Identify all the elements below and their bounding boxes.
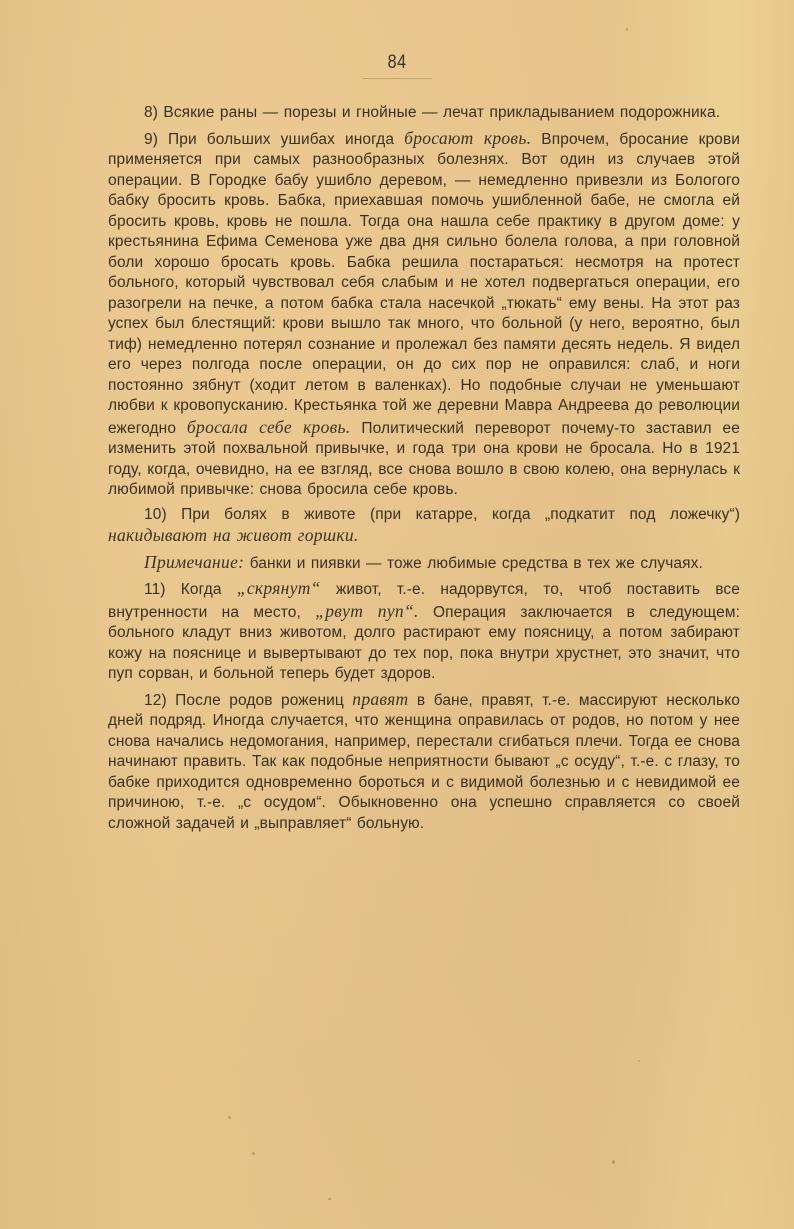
- text-run: 10) При болях в животе (при катарре, ког…: [144, 506, 740, 523]
- italic-emphasis: бросают кровь.: [404, 128, 531, 148]
- paper-speck: [605, 718, 607, 720]
- text-run: 9) При больших ушибах иногда: [144, 131, 404, 148]
- paragraph-item-11: 11) Когда „скрянут“ живот, т.-е. надорву…: [108, 578, 740, 685]
- italic-emphasis: бросала себе кровь.: [187, 417, 351, 437]
- paper-speck: [626, 28, 628, 31]
- text-run: в бане, правят, т.-е. массируют нескольк…: [108, 692, 740, 832]
- paragraph-note: Примечание: банки и пиявки — тоже любимы…: [108, 552, 740, 575]
- text-run: Впрочем, бросание крови применяется при …: [108, 131, 740, 437]
- book-page: 84 8) Всякие раны — порезы и гнойные — л…: [0, 0, 794, 1229]
- paper-speck: [252, 1152, 255, 1155]
- body-text: 8) Всякие раны — порезы и гнойные — леча…: [108, 103, 740, 834]
- text-run: банки и пиявки — тоже любимые средства в…: [244, 555, 703, 572]
- paragraph-item-10: 10) При болях в животе (при катарре, ког…: [108, 505, 740, 548]
- paper-speck: [328, 1198, 331, 1200]
- paragraph-item-9: 9) При больших ушибах иногда бросают кро…: [108, 128, 740, 501]
- page-header: 84: [0, 52, 794, 79]
- paper-speck: [638, 1060, 640, 1062]
- italic-emphasis: накидывают на живот горшки.: [108, 525, 359, 545]
- italic-emphasis: „рвут пуп“.: [315, 601, 418, 621]
- italic-emphasis: Примечание:: [144, 552, 244, 572]
- page-number: 84: [362, 52, 432, 79]
- italic-emphasis: правят: [352, 689, 408, 709]
- text-run: 12) После родов рожениц: [144, 692, 352, 709]
- paper-speck: [228, 1116, 231, 1119]
- text-run: 11) Когда: [144, 581, 237, 598]
- text-run: 8) Всякие раны — порезы и гнойные — леча…: [144, 104, 720, 121]
- italic-emphasis: „скрянут“: [237, 578, 321, 598]
- paper-speck: [612, 1160, 615, 1164]
- paragraph-item-8: 8) Всякие раны — порезы и гнойные — леча…: [108, 103, 740, 124]
- paragraph-item-12: 12) После родов рожениц правят в бане, п…: [108, 689, 740, 835]
